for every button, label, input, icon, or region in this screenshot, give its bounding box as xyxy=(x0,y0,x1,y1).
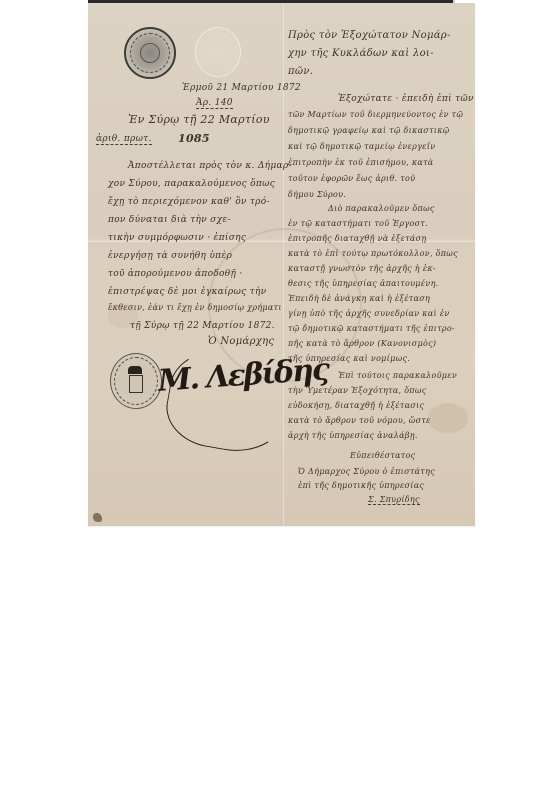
body-line: Ἐπειδὴ δὲ ἀνάγκη καὶ ἡ ἐξέταση xyxy=(288,294,430,303)
body-line: χον Σύρου, παρακαλούμενος ὅπως xyxy=(108,179,275,189)
paper-stain xyxy=(428,403,468,433)
body-line: ἐπιστρέψας δὲ μοι ἐγκαίρως τὴν xyxy=(108,287,266,297)
body-line: καὶ τῷ δημοτικῷ ταμείῳ ἐνεργεῖν xyxy=(288,142,435,151)
protocol-number: 1085 xyxy=(178,132,210,145)
closing-line: κατὰ τὸ ἄρθρον τοῦ νόμου, ὥστε xyxy=(288,416,431,425)
closing-line: εὐδοκήσῃ, διαταχθῇ ἡ ἐξέτασις xyxy=(288,401,424,410)
body-line: τῇ Σύρῳ τῇ 22 Μαρτίου 1872. xyxy=(130,321,275,331)
crown-icon xyxy=(128,366,142,374)
body-line: τῆς ὑπηρεσίας καὶ νομίμως. xyxy=(288,354,410,363)
closing-line: τὴν Ὑμετέραν Ἐξοχότητα, ὅπως xyxy=(288,386,426,395)
body-line: Ἐξοχώτατε · ἐπειδὴ ἐπὶ τῶν xyxy=(338,94,474,104)
paper-damage-mark xyxy=(93,513,102,522)
body-line: δήμου Σύρου. xyxy=(288,190,346,199)
body-line: τικὴν συμμόρφωσιν · ἐπίσης xyxy=(108,233,246,243)
body-line: τῷ δημοτικῷ καταστήματι τῆς ἐπιτρο- xyxy=(288,324,455,333)
body-line: καταστῇ γνωστὸν τῆς ἀρχῆς ἡ ἐκ- xyxy=(288,264,436,273)
address-line: Πρὸς τὸν Ἐξοχώτατον Νομάρ- xyxy=(288,30,451,41)
document-page: Ἐρμοῦ 21 Μαρτίου 1872 Ἀρ. 140 Ἐν Σύρῳ τῇ… xyxy=(88,3,475,526)
signoff-line: Ὁ Δήμαρχος Σύρου ὁ ἐπιστάτης xyxy=(298,467,435,476)
body-line: πῆς κατὰ τὸ ἄρθρον (Κανονισμὸς) xyxy=(288,339,436,348)
body-line: τοῦ ἀπορούμενου ἀποδοθῇ · xyxy=(108,269,243,279)
closing-line: Ἐπὶ τούτοις παρακαλοῦμεν xyxy=(338,371,457,380)
body-line: ἔχῃ τὸ περιεχόμενον καθ' ὃν τρό- xyxy=(108,197,270,207)
embossed-seal-icon xyxy=(195,27,241,77)
date-line: Ἐρμοῦ 21 Μαρτίου 1872 xyxy=(182,83,301,93)
body-line: τῶν Μαρτίων τοῦ διερμηνεύοντος ἐν τῷ xyxy=(288,110,463,119)
body-line: θεσις τῆς ὑπηρεσίας ἀπαιτουμένη. xyxy=(288,279,439,288)
body-line: ἐνεργήσῃ τὰ συνήθη ὑπὲρ xyxy=(108,251,232,261)
body-line: ἔκθεσιν, ἐάν τι ἔχῃ ἐν δημοσίῳ χρήματι xyxy=(108,303,282,312)
body-line: πον δύναται διὰ τὴν σχε- xyxy=(108,215,231,225)
body-line: γίνῃ ὑπὸ τῆς ἀρχῆς συνεδρίαν καὶ ἐν xyxy=(288,309,450,318)
reference-number: Ἀρ. 140 xyxy=(196,98,233,109)
body-line: δημοτικῷ γραφείῳ καὶ τῷ δικαστικῷ xyxy=(288,126,450,135)
address-line: χην τῆς Κυκλάδων καὶ λοι- xyxy=(288,48,434,59)
body-line: ἐν τῷ καταστήματι τοῦ Ἐργοστ. xyxy=(288,219,428,228)
body-line: κατὰ τὸ ἐπὶ τούτῳ πρωτόκολλον, ὅπως xyxy=(288,249,458,258)
royal-crown-seal-icon xyxy=(110,353,162,409)
ink-stamp-seal-icon xyxy=(124,27,176,79)
body-line: Διὸ παρακαλοῦμεν ὅπως xyxy=(328,204,435,213)
body-line: ἐπιτροπὴν ἐκ τοῦ ἐπισήμου, κατὰ xyxy=(288,158,434,167)
body-line: τοῦτον ἐφορῶν ἕως ἀριθ. τοῦ xyxy=(288,174,415,183)
shield-icon xyxy=(129,375,143,393)
body-line: ἐπιτροπῆς διαταχθῇ νὰ ἐξετάσῃ xyxy=(288,234,426,243)
signoff-line: Εὐπειθέστατος xyxy=(350,451,415,460)
signoff-signature: Σ. Σπυρίδης xyxy=(368,495,420,505)
heading-line: Ἐν Σύρῳ τῇ 22 Μαρτίου xyxy=(128,113,270,126)
body-line: Ἀποστέλλεται πρὸς τὸν κ. Δήμαρ- xyxy=(128,161,292,171)
closing-line: ἀρχὴ τῆς ὑπηρεσίας ἀναλάβῃ. xyxy=(288,431,418,440)
signoff-line: ἐπὶ τῆς δημοτικῆς ὑπηρεσίας xyxy=(298,481,424,490)
margin-note: ἀριθ. πρωτ. xyxy=(96,134,152,145)
address-line: πῶν. xyxy=(288,66,313,77)
closing-title: Ὁ Νομάρχης xyxy=(208,336,274,347)
